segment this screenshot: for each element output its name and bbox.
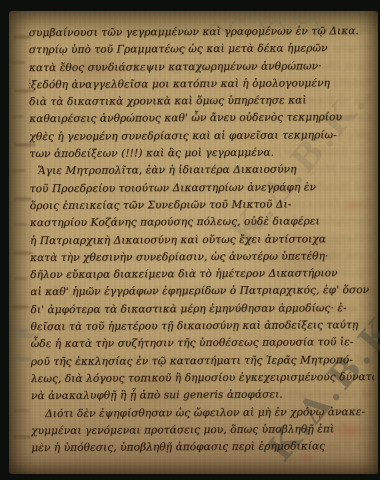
bleedthrough-smudge xyxy=(14,409,29,412)
paper-sheet: Κ.Δ.Β.Κ. Κ.Δ.Β.Κ. συμβαίνουσι τῶν γεγραμ… xyxy=(9,11,378,474)
manuscript-line: ροῦ τῆς ἐκκλησίας ἐν τῷ καταστήματι τῆς … xyxy=(31,352,374,371)
bleedthrough-smudge xyxy=(13,329,29,332)
manuscript-line: δι' ἀμφότερα τὰ δικαστικὰ μέρη ἐμηνύθησα… xyxy=(30,300,373,319)
bleedthrough-smudge xyxy=(12,115,24,118)
manuscript-line: καθαιρέσεις ἀνθρώπους καθ' ὧν ἄνευ οὐδεν… xyxy=(29,109,372,128)
manuscript-line: κατὰ τὴν χθεσινὴν συνεδρίασιν, ὡς ἀνωτέρ… xyxy=(30,248,373,267)
manuscript-line: των ἀποδείξεων (!!!) καὶ ἃς μοὶ γεγραμμέ… xyxy=(29,144,372,163)
manuscript-line: ὧδε ἡ κατὰ τὴν συζήτησιν τῆς ὑποθέσεως π… xyxy=(31,334,374,353)
manuscript-line: ἡ Πατριαρχικὴ Δικαιοσύνη καὶ οὕτως ἔχει … xyxy=(30,231,373,250)
manuscript-line: ὅροις ἐπιεικείας τῶν Συνεδριῶν τοῦ Μικτο… xyxy=(30,196,373,215)
manuscript-line: λεως, διὰ λόγους τοπικοῦ ἢ δημοσίου ἐγκε… xyxy=(31,369,374,388)
manuscript-line: Διότι δὲν ἐψηφίσθησαν ὡς ὤφειλον αἱ μὴ ἐ… xyxy=(31,403,374,422)
bleedthrough-smudge xyxy=(15,223,28,226)
manuscript-line: μὲν ἡ ὑπόθεσις, ὑποβληθῇ ἀπόφασις περὶ ἐ… xyxy=(31,438,374,457)
manuscript-line: νὰ ἀνακαλυφθῇ ἢ ᾗ ἀπὸ sui generis ἀποφάσ… xyxy=(31,386,374,405)
manuscript-line: χθὲς ἡ γενομένη συνεδρίασις καὶ αἱ φανεῖ… xyxy=(29,127,372,146)
manuscript-line: τοῦ Προεδρείου τοιούτων Δικαστηρίων ἀνεγ… xyxy=(30,179,373,198)
manuscript-line: ἐξεδόθη ἀναγγελθεῖσα μοι κατόπιν καὶ ἡ ὁ… xyxy=(29,75,372,94)
manuscript-line: θεῖσαι τὰ τοῦ ἡμετέρου τῇ δικαιοσύνῃ καὶ… xyxy=(30,317,373,336)
bleedthrough-smudge xyxy=(11,61,25,64)
manuscript-line: συμβαίνουσι τῶν γεγραμμένων καὶ γραφομέν… xyxy=(29,23,372,42)
manuscript-line: διὰ τὰ δικαστικὰ χρονικὰ καὶ ὅμως ὑπηρέτ… xyxy=(29,92,372,111)
bleedthrough-smudge xyxy=(11,305,29,309)
manuscript-line: στηρίῳ ὑπὸ τοῦ Γραμματέως ὡς καὶ μετὰ δέ… xyxy=(29,40,372,59)
manuscript-line: δῆλον εὔκαιρα διακείμενα διὰ τὸ ἡμέτερον… xyxy=(30,265,373,284)
scanned-manuscript: Κ.Δ.Β.Κ. Κ.Δ.Β.Κ. συμβαίνουσι τῶν γεγραμ… xyxy=(0,0,380,480)
manuscript-line: καστηρίου Κοζάνης παρούσης πόλεως, οὐδὲ … xyxy=(30,213,373,232)
bleedthrough-smudge xyxy=(12,357,32,361)
manuscript-line: Ἅγιε Μητροπολῖτα, ἐὰν ἡ ἰδιαιτέρα Δικαιο… xyxy=(30,161,373,180)
manuscript-line: χυμμέναι γενόμεναι προτάσεις μου, ὅπως ὑ… xyxy=(31,421,374,440)
bleedthrough-smudge xyxy=(11,169,26,172)
manuscript-text: συμβαίνουσι τῶν γεγραμμένων καὶ γραφομέν… xyxy=(29,23,375,458)
manuscript-line: αἱ καθ' ἡμῶν ἐγγράφων ἐφημερίδων ὁ Πατρι… xyxy=(30,282,373,301)
bleedthrough-smudge xyxy=(13,435,31,439)
manuscript-line: κατὰ ἔθος συνδιάσκεψιν καταχωρημένων ἀνθ… xyxy=(29,58,372,77)
bleedthrough-smudge xyxy=(14,277,28,280)
